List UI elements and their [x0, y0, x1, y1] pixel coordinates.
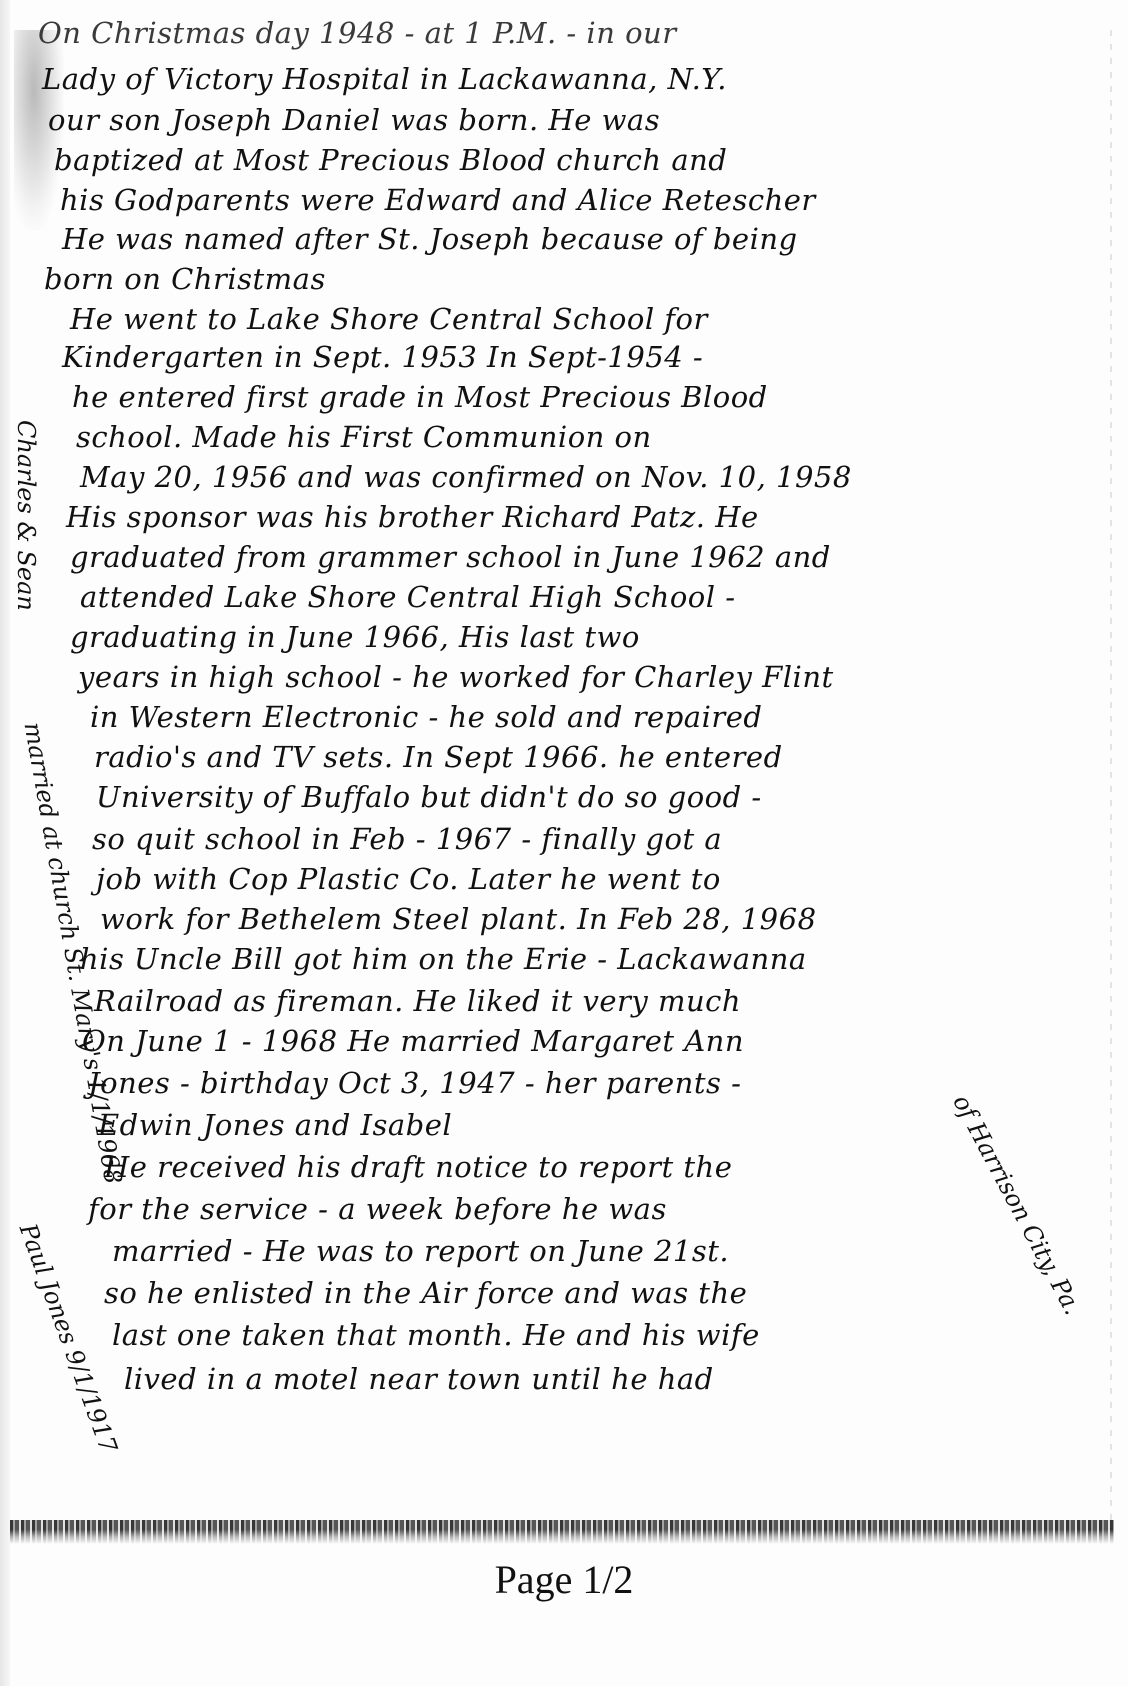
letter-line: On June 1 - 1968 He married Margaret Ann	[82, 1024, 744, 1058]
letter-line: attended Lake Shore Central High School …	[80, 580, 736, 614]
letter-line: Railroad as fireman. He liked it very mu…	[94, 984, 741, 1018]
letter-line: graduating in June 1966, His last two	[70, 620, 640, 654]
letter-line: years in high school - he worked for Cha…	[78, 660, 834, 694]
scan-artifact-band	[10, 1520, 1114, 1544]
letter-line: for the service - a week before he was	[88, 1192, 667, 1226]
letter-line: last one taken that month. He and his wi…	[112, 1318, 760, 1352]
page-number-label: Page 1/2	[0, 1556, 1128, 1603]
letter-line: Kindergarten in Sept. 1953 In Sept-1954 …	[62, 340, 703, 374]
letter-line: lived in a motel near town until he had	[124, 1362, 714, 1396]
scanned-letter-page: On Christmas day 1948 - at 1 P.M. - in o…	[0, 0, 1128, 1686]
letter-line: radio's and TV sets. In Sept 1966. he en…	[94, 740, 783, 774]
margin-note-left-upper: Charles & Sean	[12, 420, 40, 611]
letter-line: He received his draft notice to report t…	[104, 1150, 732, 1184]
margin-note-right: of Harrison City, Pa.	[947, 1090, 1087, 1319]
letter-line: Jones - birthday Oct 3, 1947 - her paren…	[88, 1066, 741, 1100]
letter-line: he entered first grade in Most Precious …	[72, 380, 768, 414]
letter-line: so quit school in Feb - 1967 - finally g…	[92, 822, 722, 856]
letter-line: school. Made his First Communion on	[76, 420, 652, 454]
letter-line: our son Joseph Daniel was born. He was	[48, 103, 660, 137]
letter-line: Lady of Victory Hospital in Lackawanna, …	[42, 62, 727, 96]
letter-line: baptized at Most Precious Blood church a…	[54, 143, 727, 177]
kindergarten-line: Kindergarten in Sept. 1953 In Sept-1954 …	[62, 340, 703, 374]
letter-line: graduated from grammer school in June 19…	[70, 540, 831, 574]
letter-line: He went to Lake Shore Central School for	[70, 302, 708, 336]
letter-line: His sponsor was his brother Richard Patz…	[66, 500, 759, 534]
letter-line: On Christmas day 1948 - at 1 P.M. - in o…	[38, 16, 677, 50]
letter-line: job with Cop Plastic Co. Later he went t…	[96, 862, 721, 896]
letter-line: married - He was to report on June 21st.	[112, 1234, 729, 1268]
letter-line: his Godparents were Edward and Alice Ret…	[60, 183, 816, 217]
scan-right-edge	[1110, 30, 1112, 1530]
letter-line: in Western Electronic - he sold and repa…	[90, 700, 762, 734]
letter-line: work for Bethelem Steel plant. In Feb 28…	[100, 902, 817, 936]
letter-line: born on Christmas	[44, 262, 326, 296]
letter-line: May 20, 1956 and was confirmed on Nov. 1…	[80, 460, 852, 494]
letter-line: He was named after St. Joseph because of…	[62, 222, 798, 256]
letter-line: so he enlisted in the Air force and was …	[104, 1276, 747, 1310]
scan-left-edge	[0, 0, 10, 1686]
letter-line: Edwin Jones and Isabel	[98, 1108, 452, 1142]
letter-line: his Uncle Bill got him on the Erie - Lac…	[80, 942, 807, 976]
letter-line: University of Buffalo but didn't do so g…	[96, 780, 762, 814]
margin-note-left-bottom: Paul Jones 9/1/1917	[14, 1220, 123, 1457]
